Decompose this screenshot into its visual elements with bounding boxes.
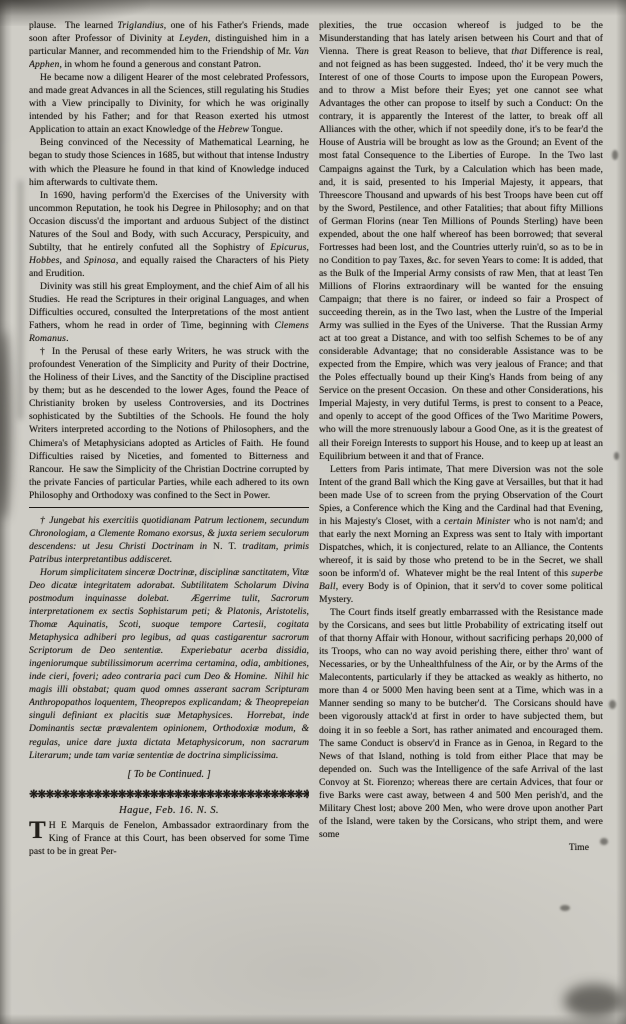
- paragraph-continued: plexities, the true occasion whereof is …: [319, 19, 603, 463]
- paragraph: Letters from Paris intimate, That mere D…: [319, 463, 603, 607]
- paragraph-with-dagger: † In the Perusal of these early Writers,…: [29, 345, 309, 502]
- scanned-newspaper-page: plause. The learned Triglandius, one of …: [0, 0, 626, 1024]
- footnote-latin: † Jungebat his exercitiis quotidianam Pa…: [29, 514, 309, 566]
- paragraph: The Court finds itself greatly embarrass…: [319, 606, 603, 841]
- paragraph: He became now a diligent Hearer of the m…: [29, 71, 309, 136]
- scan-artifact-left-edge: [0, 0, 12, 1024]
- scan-artifact-speck: [609, 700, 616, 709]
- left-column: plause. The learned Triglandius, one of …: [29, 19, 309, 1017]
- paragraph: Being convinced of the Necessity of Math…: [29, 136, 309, 188]
- catchword: Time: [319, 841, 603, 854]
- footnote-rule: [29, 507, 309, 508]
- footnote-latin: Horum simplicitatem sinceræ Doctrinæ, di…: [29, 566, 309, 762]
- right-column: plexities, the true occasion whereof is …: [319, 19, 603, 1017]
- dateline: Hague, Feb. 16. N. S.: [29, 804, 309, 817]
- news-text: H E Marquis de Fenelon, Ambassador extra…: [29, 820, 309, 857]
- paragraph-continued: plause. The learned Triglandius, one of …: [29, 19, 309, 71]
- paragraph: Divinity was still his great Employment,…: [29, 280, 309, 345]
- ornament-separator: ❋❋❋❋❋❋❋❋❋❋❋❋❋❋❋❋❋❋❋❋❋❋❋❋❋❋❋❋❋❋❋❋❋❋❋❋❋❋: [29, 788, 309, 801]
- paragraph: In 1690, having perform'd the Exercises …: [29, 189, 309, 280]
- to-be-continued: [ To be Continued. ]: [29, 768, 309, 781]
- scan-artifact-speck: [614, 452, 619, 460]
- scan-artifact-top-edge: [0, 0, 626, 16]
- scan-artifact-speck: [612, 150, 618, 160]
- news-paragraph: TH E Marquis de Fenelon, Ambassador extr…: [29, 819, 309, 858]
- drop-cap: T: [29, 819, 49, 841]
- scan-artifact-left-streak: [18, 180, 23, 420]
- scan-artifact-left-blob: [0, 330, 12, 520]
